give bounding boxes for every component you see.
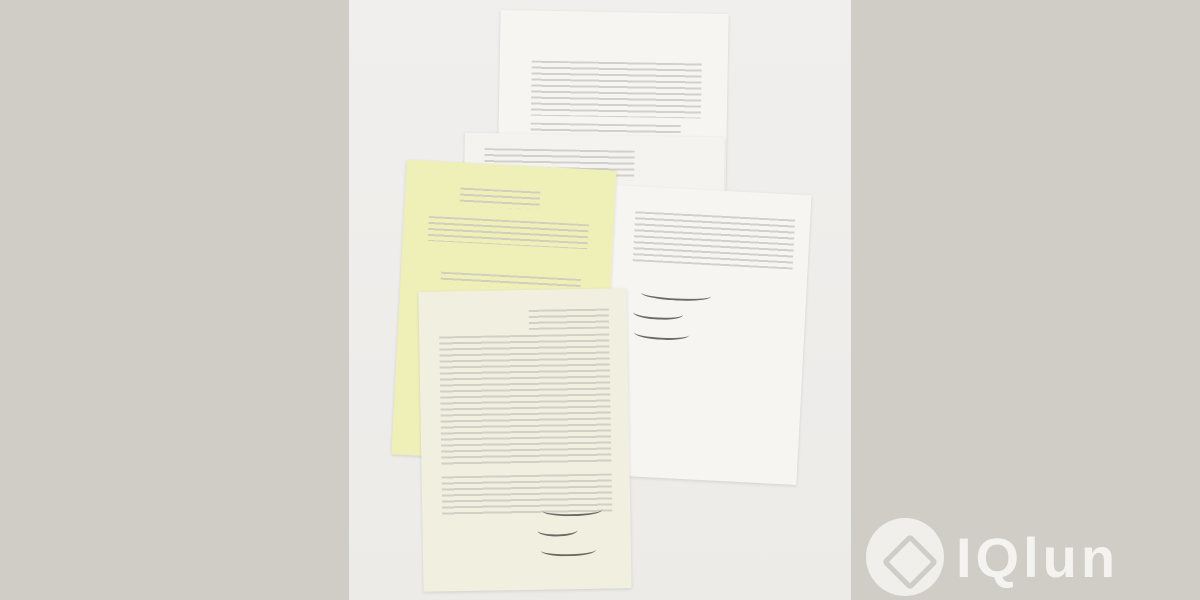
swirl-logo-icon: [866, 518, 944, 596]
photo-backdrop: [349, 0, 851, 600]
watermark: IQlun: [866, 518, 1119, 596]
watermark-text: IQlun: [956, 525, 1119, 590]
document-front-letter: [418, 288, 631, 592]
